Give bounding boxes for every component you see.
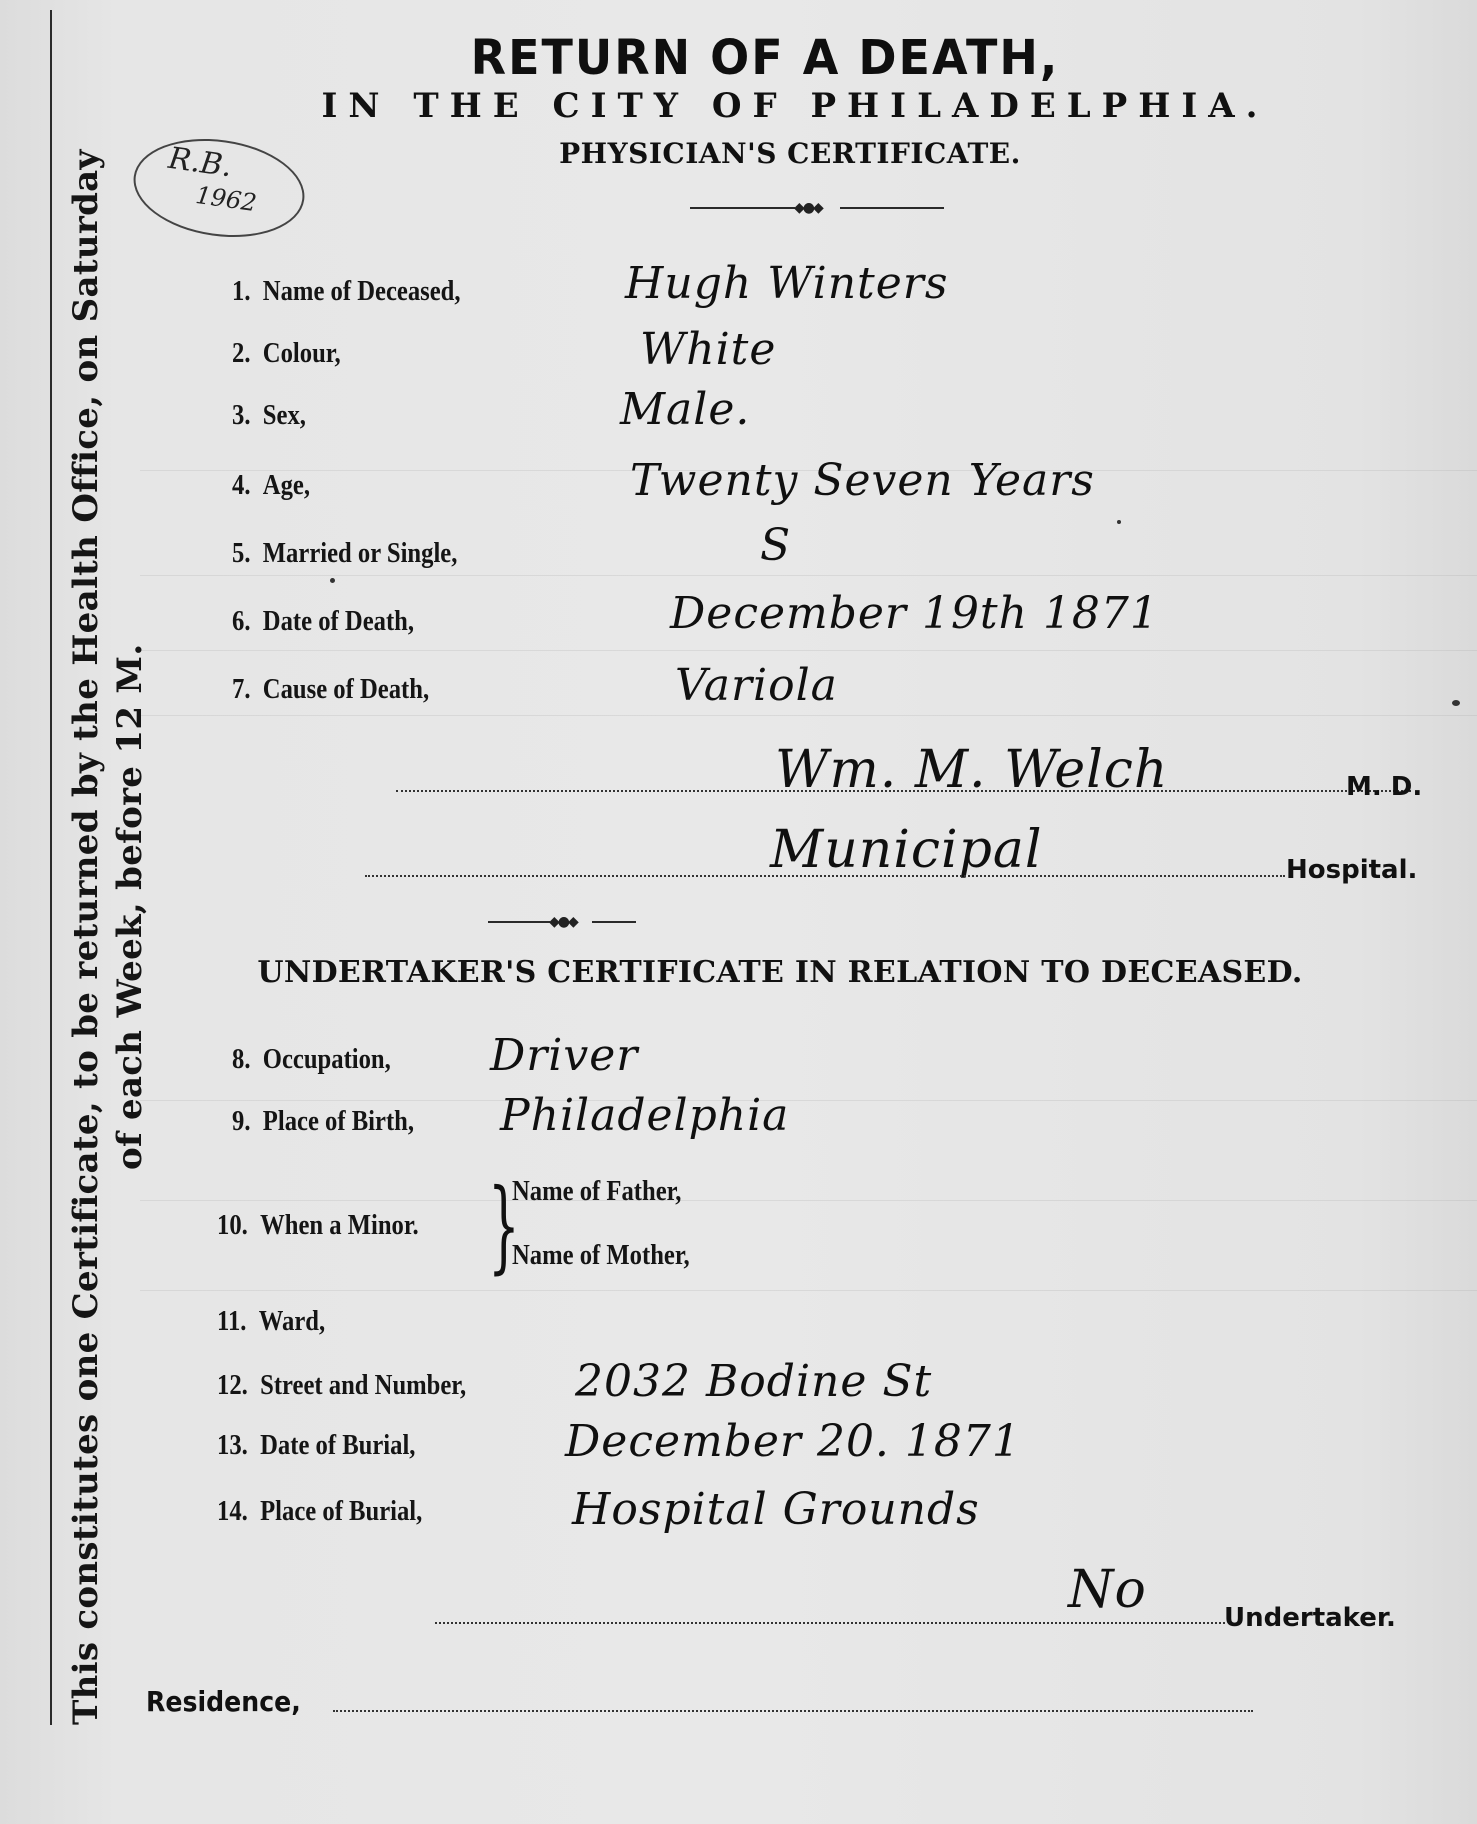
undertaker-signature: No <box>1068 1560 1147 1620</box>
field-label-date-of-death: 6.Date of Death, <box>232 606 414 638</box>
field-label-place-of-burial: 14.Place of Burial, <box>217 1496 422 1528</box>
field-label-when-a-minor: 10.When a Minor. <box>217 1210 419 1242</box>
diamond-dots-icon: ◆●◆ <box>794 202 822 214</box>
field-value-place-of-birth: Philadelphia <box>500 1090 789 1141</box>
field-value-sex: Male. <box>620 384 750 435</box>
stamp-initials: R.B. <box>166 141 234 185</box>
field-label-place-of-birth: 9.Place of Birth, <box>232 1106 414 1138</box>
certificate-paper: This constitutes one Certificate, to be … <box>0 0 1477 1824</box>
side-notice: This constitutes one Certificate, to be … <box>64 5 152 1725</box>
field-label-age: 4.Age, <box>232 470 310 502</box>
field-label-occupation: 8.Occupation, <box>232 1044 391 1076</box>
field-label-sex: 3.Sex, <box>232 400 306 432</box>
ornament-divider: ◆●◆ <box>488 916 636 928</box>
physician-certificate-heading: PHYSICIAN'S CERTIFICATE. <box>440 137 1140 170</box>
field-value-date-of-death: December 19th 1871 <box>670 588 1159 639</box>
field-value-occupation: Driver <box>490 1030 638 1081</box>
field-label-date-of-burial: 13.Date of Burial, <box>217 1430 415 1462</box>
field-value-street-and-number: 2032 Bodine St <box>575 1356 932 1407</box>
physician-signature-line <box>396 790 1411 792</box>
hospital-name: Municipal <box>770 820 1043 880</box>
faint-rule <box>140 1100 1477 1101</box>
residence-label: Residence, <box>146 1685 301 1718</box>
residence-line <box>333 1710 1253 1712</box>
ink-speck <box>1117 520 1121 524</box>
field-value-cause-of-death: Variola <box>675 660 838 711</box>
undertaker-signature-line <box>435 1622 1225 1624</box>
field-label-street-and-number: 12.Street and Number, <box>217 1370 466 1402</box>
field-label-cause-of-death: 7.Cause of Death, <box>232 674 429 706</box>
faint-rule <box>140 1200 1477 1201</box>
hospital-line <box>365 875 1285 877</box>
faint-rule <box>140 650 1477 651</box>
field-label-married-or-single: 5.Married or Single, <box>232 538 457 570</box>
diamond-dots-icon: ◆●◆ <box>549 916 577 928</box>
ink-speck <box>330 578 335 583</box>
side-rule <box>50 10 52 1725</box>
field-value-colour: White <box>640 324 776 375</box>
ornament-divider: ◆●◆ <box>690 202 944 214</box>
faint-rule <box>140 1290 1477 1291</box>
field-value-date-of-burial: December 20. 1871 <box>565 1416 1021 1467</box>
side-notice-line1: This constitutes one Certificate, to be … <box>64 5 108 1725</box>
faint-rule <box>140 715 1477 716</box>
stamp-number: 1962 <box>194 181 258 217</box>
document-title: RETURN OF A DEATH, <box>0 29 1477 86</box>
undertaker-certificate-heading: UNDERTAKER'S CERTIFICATE IN RELATION TO … <box>230 955 1330 990</box>
field-value-married-or-single: S <box>760 520 791 571</box>
field-value-name-of-deceased: Hugh Winters <box>625 258 948 309</box>
registration-stamp: R.B. 1962 <box>127 128 311 247</box>
md-suffix: M. D. <box>1346 772 1422 802</box>
field-label-name-of-deceased: 1.Name of Deceased, <box>232 276 461 308</box>
field-label-name-of-mother: Name of Mother, <box>512 1240 690 1272</box>
field-value-age: Twenty Seven Years <box>630 455 1095 506</box>
hospital-suffix: Hospital. <box>1286 855 1417 885</box>
faint-rule <box>140 575 1477 576</box>
side-notice-line2: of each Week, before 12 M. <box>108 5 152 1725</box>
document-subtitle: IN THE CITY OF PHILADELPHIA. <box>150 86 1440 126</box>
field-value-place-of-burial: Hospital Grounds <box>572 1484 980 1535</box>
undertaker-suffix: Undertaker. <box>1224 1603 1396 1633</box>
field-label-colour: 2.Colour, <box>232 338 341 370</box>
field-label-ward: 11.Ward, <box>217 1306 325 1338</box>
ink-speck <box>1452 700 1460 706</box>
field-label-name-of-father: Name of Father, <box>512 1176 681 1208</box>
